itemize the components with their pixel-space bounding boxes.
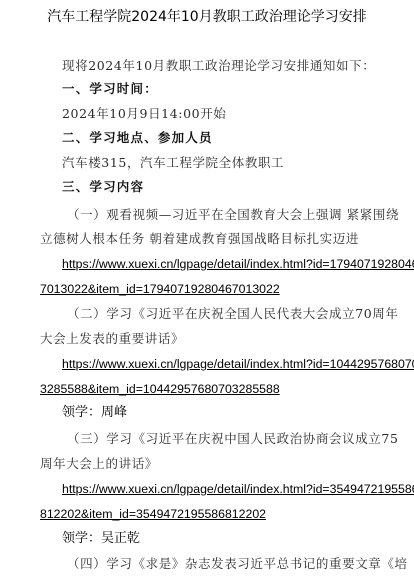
document-page: 汽车工程学院2024年10月教职工政治理论学习安排 现将2024年10月教职工政… (0, 0, 414, 576)
item-2-lead-presenter: 领学：周峰 (62, 405, 127, 421)
item-1-title-line-1: （一）观看视频—习近平在全国教育大会上强调 紧紧围绕 (67, 207, 399, 223)
section-3-heading: 三、学习内容 (62, 179, 144, 195)
section-1-heading: 一、学习时间： (62, 81, 158, 97)
item-2-link-line-1[interactable]: https://www.xuexi.cn/lgpage/detail/index… (62, 356, 414, 372)
study-location-participants: 汽车楼315，汽车工程学院全体教职工 (62, 155, 284, 171)
item-1-title-line-2: 立德树人根本任务 朝着建成教育强国战略目标扎实迈进 (40, 231, 359, 247)
item-4-title-line-1: （四）学习《求是》杂志发表习近平总书记的重要文章《培 (67, 556, 408, 572)
item-3-link-line-1[interactable]: https://www.xuexi.cn/lgpage/detail/index… (62, 481, 414, 497)
item-3-title-line-2: 周年大会上的讲话》 (40, 456, 158, 472)
intro-paragraph: 现将2024年10月教职工政治理论学习安排通知如下： (62, 58, 375, 74)
study-time: 2024年10月9日14:00开始 (62, 106, 226, 122)
item-3-title-line-1: （三）学习《习近平在庆祝中国人民政治协商会议成立75 (67, 431, 399, 447)
section-2-heading: 二、学习地点、参加人员 (62, 130, 213, 146)
item-3-lead-presenter: 领学：吴正乾 (62, 531, 140, 547)
item-3-link-line-2[interactable]: 812202&item_id=3549472195586812202 (40, 506, 266, 522)
item-2-title-line-2: 大会上发表的重要讲话》 (40, 331, 184, 347)
item-1-link-line-1[interactable]: https://www.xuexi.cn/lgpage/detail/index… (62, 256, 414, 272)
item-2-title-line-1: （二）学习《习近平在庆祝全国人民代表大会成立70周年 (67, 306, 399, 322)
item-1-link-line-2[interactable]: 7013022&item_id=17940719280467013022 (40, 281, 280, 297)
document-title: 汽车工程学院2024年10月教职工政治理论学习安排 (0, 8, 414, 26)
item-2-link-line-2[interactable]: 3285588&item_id=10442957680703285588 (40, 381, 280, 397)
